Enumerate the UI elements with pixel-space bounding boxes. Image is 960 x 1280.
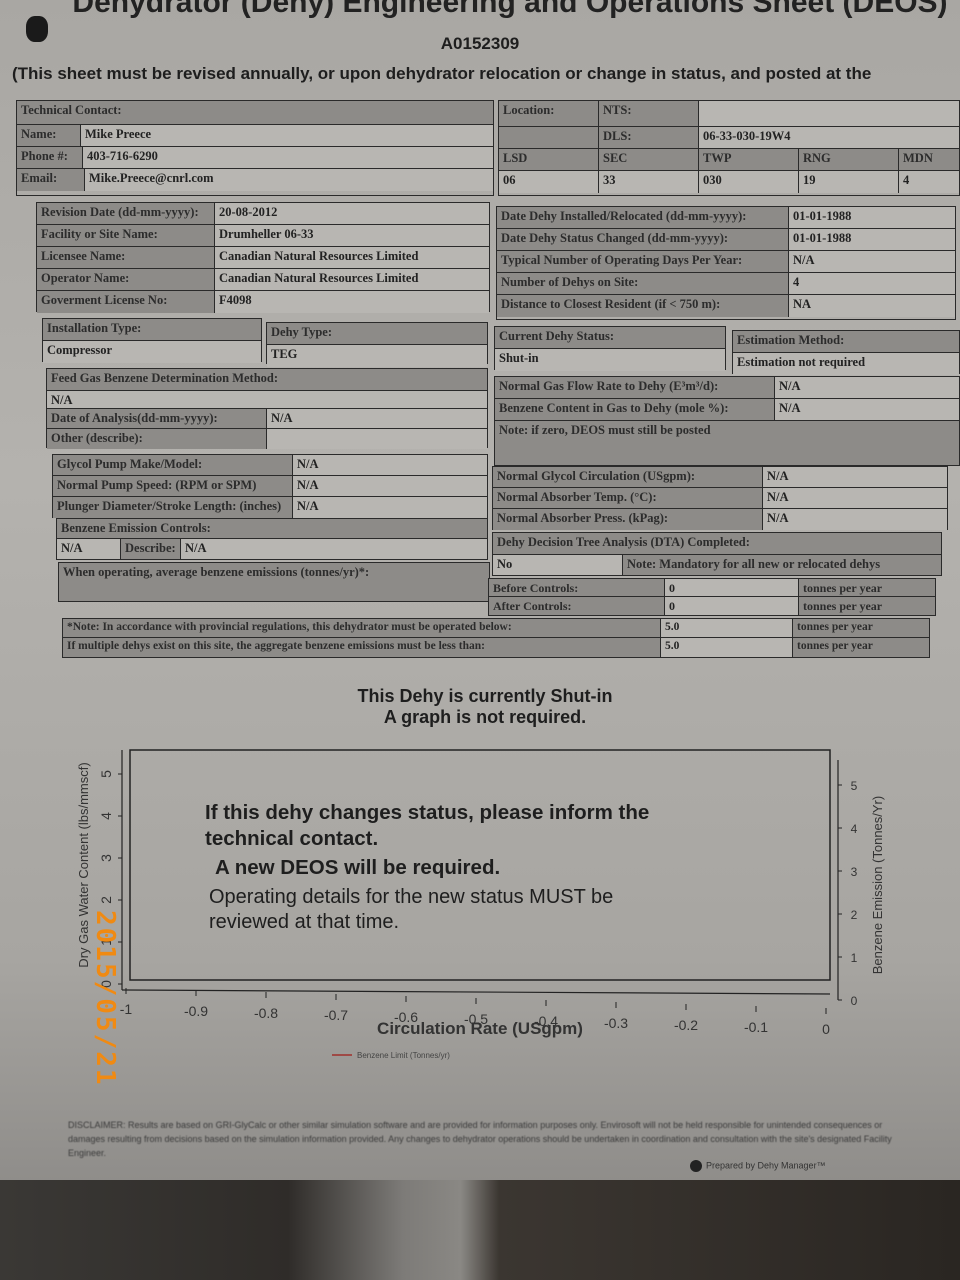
rng-value: 19 xyxy=(799,171,899,193)
svg-text:-0.3: -0.3 xyxy=(604,1015,628,1031)
limit-note-2: If multiple dehys exist on this site, th… xyxy=(63,638,661,657)
sec-label: SEC xyxy=(599,149,699,170)
svg-text:Dry Gas Water Content (lbs/m: Dry Gas Water Content (lbs/mmscf) xyxy=(76,762,91,967)
revision-date-label: Revision Date (dd-mm-yyyy): xyxy=(37,203,215,224)
dehy-status-box: Current Dehy Status: Shut-in xyxy=(494,326,726,370)
benzene-content-label: Benzene Content in Gas to Dehy (mole %): xyxy=(495,399,775,420)
dehy-type-value: TEG xyxy=(267,345,487,367)
installation-type-box: Installation Type: Compressor xyxy=(42,318,262,362)
mdn-value: 4 xyxy=(899,171,959,193)
plunger-value: N/A xyxy=(293,497,487,518)
installation-type-label: Installation Type: xyxy=(43,319,261,340)
limit-value-2: 5.0 xyxy=(661,638,793,657)
dta-note: Note: Mandatory for all new or relocated… xyxy=(623,555,941,575)
svg-text:-1: -1 xyxy=(120,1001,133,1017)
shut-in-notice-line2: A graph is not required. xyxy=(290,707,680,728)
svg-text:-0.7: -0.7 xyxy=(324,1007,348,1023)
page-title: Dehydrator (Dehy) Engineering and Operat… xyxy=(60,0,960,20)
facility-box: Revision Date (dd-mm-yyyy):20-08-2012 Fa… xyxy=(36,202,490,312)
install-date-label: Date Dehy Installed/Relocated (dd-mm-yyy… xyxy=(497,207,789,228)
lsd-label: LSD xyxy=(499,149,599,170)
install-date-value: 01-01-1988 xyxy=(789,207,955,228)
glycol-circulation-value: N/A xyxy=(763,467,947,487)
svg-text:Benzene Limit (Tonnes/yr): Benzene Limit (Tonnes/yr) xyxy=(357,1051,450,1060)
sec-value: 33 xyxy=(599,171,699,193)
operator-label: Operator Name: xyxy=(37,269,215,290)
describe-label: Describe: xyxy=(121,539,181,559)
dehy-type-label: Dehy Type: xyxy=(267,323,487,344)
shut-in-notice-line1: This Dehy is currently Shut-in xyxy=(290,686,680,707)
estimation-method-box: Estimation Method: Estimation not requir… xyxy=(732,330,960,374)
benzene-content-value: N/A xyxy=(775,399,959,420)
svg-text:-0.8: -0.8 xyxy=(254,1005,278,1021)
pump-model-label: Glycol Pump Make/Model: xyxy=(53,455,293,475)
estimation-method-value: Estimation not required xyxy=(733,353,959,375)
shut-in-notice: This Dehy is currently Shut-in A graph i… xyxy=(290,686,680,728)
analysis-date-value: N/A xyxy=(267,409,487,428)
limit-note-1: *Note: In accordance with provincial reg… xyxy=(63,619,661,637)
svg-text:4: 4 xyxy=(851,822,858,836)
sheet-instructions: (This sheet must be revised annually, or… xyxy=(12,64,871,84)
limit-unit-2: tonnes per year xyxy=(793,638,929,657)
prepared-by: Prepared by Dehy Manager™ xyxy=(690,1160,826,1172)
svg-text:2: 2 xyxy=(851,908,858,922)
gas-flow-rate-label: Normal Gas Flow Rate to Dehy (E³m³/d): xyxy=(495,377,775,398)
license-no-label: Goverment License No: xyxy=(37,291,215,313)
dls-label: DLS: xyxy=(599,127,699,148)
operating-days-value: N/A xyxy=(789,251,955,272)
gas-flow-note: Note: if zero, DEOS must still be posted xyxy=(495,421,959,465)
operator-value: Canadian Natural Resources Limited xyxy=(215,269,489,290)
twp-label: TWP xyxy=(699,149,799,170)
photo-date-stamp: 2015/05/21 xyxy=(90,910,120,1087)
svg-text:Circulation Rate (USgpm): Circulation Rate (USgpm) xyxy=(377,1019,583,1038)
feed-gas-box: Feed Gas Benzene Determination Method: N… xyxy=(46,368,488,448)
after-controls-value: 0 xyxy=(665,597,799,615)
disclaimer-text: DISCLAIMER: Results are based on GRI-Gly… xyxy=(68,1118,898,1160)
absorber-press-label: Normal Absorber Press. (kPag): xyxy=(493,509,763,530)
contact-email: Mike.Preece@cnrl.com xyxy=(85,169,493,191)
svg-text:4: 4 xyxy=(98,812,114,820)
location-label: Location: xyxy=(499,101,599,126)
svg-text:1: 1 xyxy=(851,951,858,965)
before-controls-unit: tonnes per year xyxy=(799,579,935,596)
location-box: Location:NTS: DLS:06-33-030-19W4 LSD SEC… xyxy=(498,100,960,196)
gas-flow-box: Normal Gas Flow Rate to Dehy (E³m³/d):N/… xyxy=(494,376,960,466)
glycol-circulation-label: Normal Glycol Circulation (USgpm): xyxy=(493,467,763,487)
technical-contact-heading: Technical Contact: xyxy=(17,101,493,124)
absorber-temp-label: Normal Absorber Temp. (°C): xyxy=(493,488,763,508)
svg-text:2: 2 xyxy=(98,896,114,904)
dta-value: No xyxy=(493,555,623,575)
plunger-label: Plunger Diameter/Stroke Length: (inches) xyxy=(53,497,293,518)
mdn-label: MDN xyxy=(899,149,959,170)
dehy-dates-box: Date Dehy Installed/Relocated (dd-mm-yyy… xyxy=(496,206,956,320)
name-label: Name: xyxy=(17,125,81,146)
status-change-date-value: 01-01-1988 xyxy=(789,229,955,250)
other-describe-label: Other (describe): xyxy=(47,429,267,449)
resident-distance-value: NA xyxy=(789,295,955,317)
svg-text:0: 0 xyxy=(851,994,858,1008)
gas-flow-rate-value: N/A xyxy=(775,377,959,398)
feed-gas-method-value: N/A xyxy=(47,391,487,408)
svg-text:5: 5 xyxy=(851,779,858,793)
licensee-value: Canadian Natural Resources Limited xyxy=(215,247,489,268)
absorber-press-value: N/A xyxy=(763,509,947,530)
limit-value-1: 5.0 xyxy=(661,619,793,637)
resident-distance-label: Distance to Closest Resident (if < 750 m… xyxy=(497,295,789,317)
pump-model-value: N/A xyxy=(293,455,487,475)
emission-controls-heading: Benzene Emission Controls: xyxy=(57,519,487,538)
contact-phone: 403-716-6290 xyxy=(83,147,493,168)
emissions-values-box: Before Controls:0tonnes per year After C… xyxy=(488,578,936,616)
dehys-on-site-value: 4 xyxy=(789,273,955,294)
svg-text:5: 5 xyxy=(98,770,114,778)
dehy-status-label: Current Dehy Status: xyxy=(495,327,725,348)
document-number: A0152309 xyxy=(380,34,580,54)
estimation-method-label: Estimation Method: xyxy=(733,331,959,352)
site-name-label: Facility or Site Name: xyxy=(37,225,215,246)
emissions-box: When operating, average benzene emission… xyxy=(58,562,490,602)
emission-controls-box: Benzene Emission Controls: N/ADescribe:N… xyxy=(56,518,488,560)
dehy-manager-logo-icon xyxy=(690,1160,702,1172)
nts-value xyxy=(699,101,959,126)
status-change-date-label: Date Dehy Status Changed (dd-mm-yyyy): xyxy=(497,229,789,250)
dehy-type-box: Dehy Type: TEG xyxy=(266,322,488,364)
dehys-on-site-label: Number of Dehys on Site: xyxy=(497,273,789,294)
pump-speed-value: N/A xyxy=(293,476,487,496)
analysis-date-label: Date of Analysis(dd-mm-yyyy): xyxy=(47,409,267,428)
phone-label: Phone #: xyxy=(17,147,83,168)
company-logo-icon xyxy=(26,16,48,42)
svg-text:3: 3 xyxy=(851,865,858,879)
other-describe-value xyxy=(267,429,487,449)
before-controls-value: 0 xyxy=(665,579,799,596)
pump-speed-label: Normal Pump Speed: (RPM or SPM) xyxy=(53,476,293,496)
rng-label: RNG xyxy=(799,149,899,170)
deos-sheet: Dehydrator (Dehy) Engineering and Operat… xyxy=(0,0,960,1200)
site-name-value: Drumheller 06-33 xyxy=(215,225,489,246)
email-label: Email: xyxy=(17,169,85,191)
nts-label: NTS: xyxy=(599,101,699,126)
dehy-status-value: Shut-in xyxy=(495,349,725,371)
twp-value: 030 xyxy=(699,171,799,193)
after-controls-unit: tonnes per year xyxy=(799,597,935,615)
license-no-value: F4098 xyxy=(215,291,489,313)
emission-controls-value: N/A xyxy=(57,539,121,559)
installation-type-value: Compressor xyxy=(43,341,261,363)
svg-text:-0.9: -0.9 xyxy=(184,1003,208,1019)
contact-name: Mike Preece xyxy=(81,125,493,146)
glycol-pump-box: Glycol Pump Make/Model:N/A Normal Pump S… xyxy=(52,454,488,518)
emissions-label: When operating, average benzene emission… xyxy=(59,563,489,601)
before-controls-label: Before Controls: xyxy=(489,579,665,596)
background-scene xyxy=(0,1180,960,1280)
glycol-circulation-box: Normal Glycol Circulation (USgpm):N/A No… xyxy=(492,466,948,530)
svg-text:-0.2: -0.2 xyxy=(674,1017,698,1033)
svg-text:0: 0 xyxy=(822,1021,830,1037)
emission-limits-box: *Note: In accordance with provincial reg… xyxy=(62,618,930,658)
svg-text:3: 3 xyxy=(98,854,114,862)
svg-text:Benzene Emission (Tonnes/Yr): Benzene Emission (Tonnes/Yr) xyxy=(870,796,885,974)
describe-value: N/A xyxy=(181,539,487,559)
limit-unit-1: tonnes per year xyxy=(793,619,929,637)
dta-box: Dehy Decision Tree Analysis (DTA) Comple… xyxy=(492,532,942,576)
after-controls-label: After Controls: xyxy=(489,597,665,615)
technical-contact-box: Technical Contact: Name:Mike Preece Phon… xyxy=(16,100,494,196)
feed-gas-heading: Feed Gas Benzene Determination Method: xyxy=(47,369,487,390)
operating-days-label: Typical Number of Operating Days Per Yea… xyxy=(497,251,789,272)
dta-heading: Dehy Decision Tree Analysis (DTA) Comple… xyxy=(493,533,941,554)
svg-text:-0.1: -0.1 xyxy=(744,1019,768,1035)
dls-value: 06-33-030-19W4 xyxy=(699,127,959,148)
licensee-label: Licensee Name: xyxy=(37,247,215,268)
status-change-message: If this dehy changes status, please info… xyxy=(205,800,765,934)
revision-date-value: 20-08-2012 xyxy=(215,203,489,224)
lsd-value: 06 xyxy=(499,171,599,193)
absorber-temp-value: N/A xyxy=(763,488,947,508)
